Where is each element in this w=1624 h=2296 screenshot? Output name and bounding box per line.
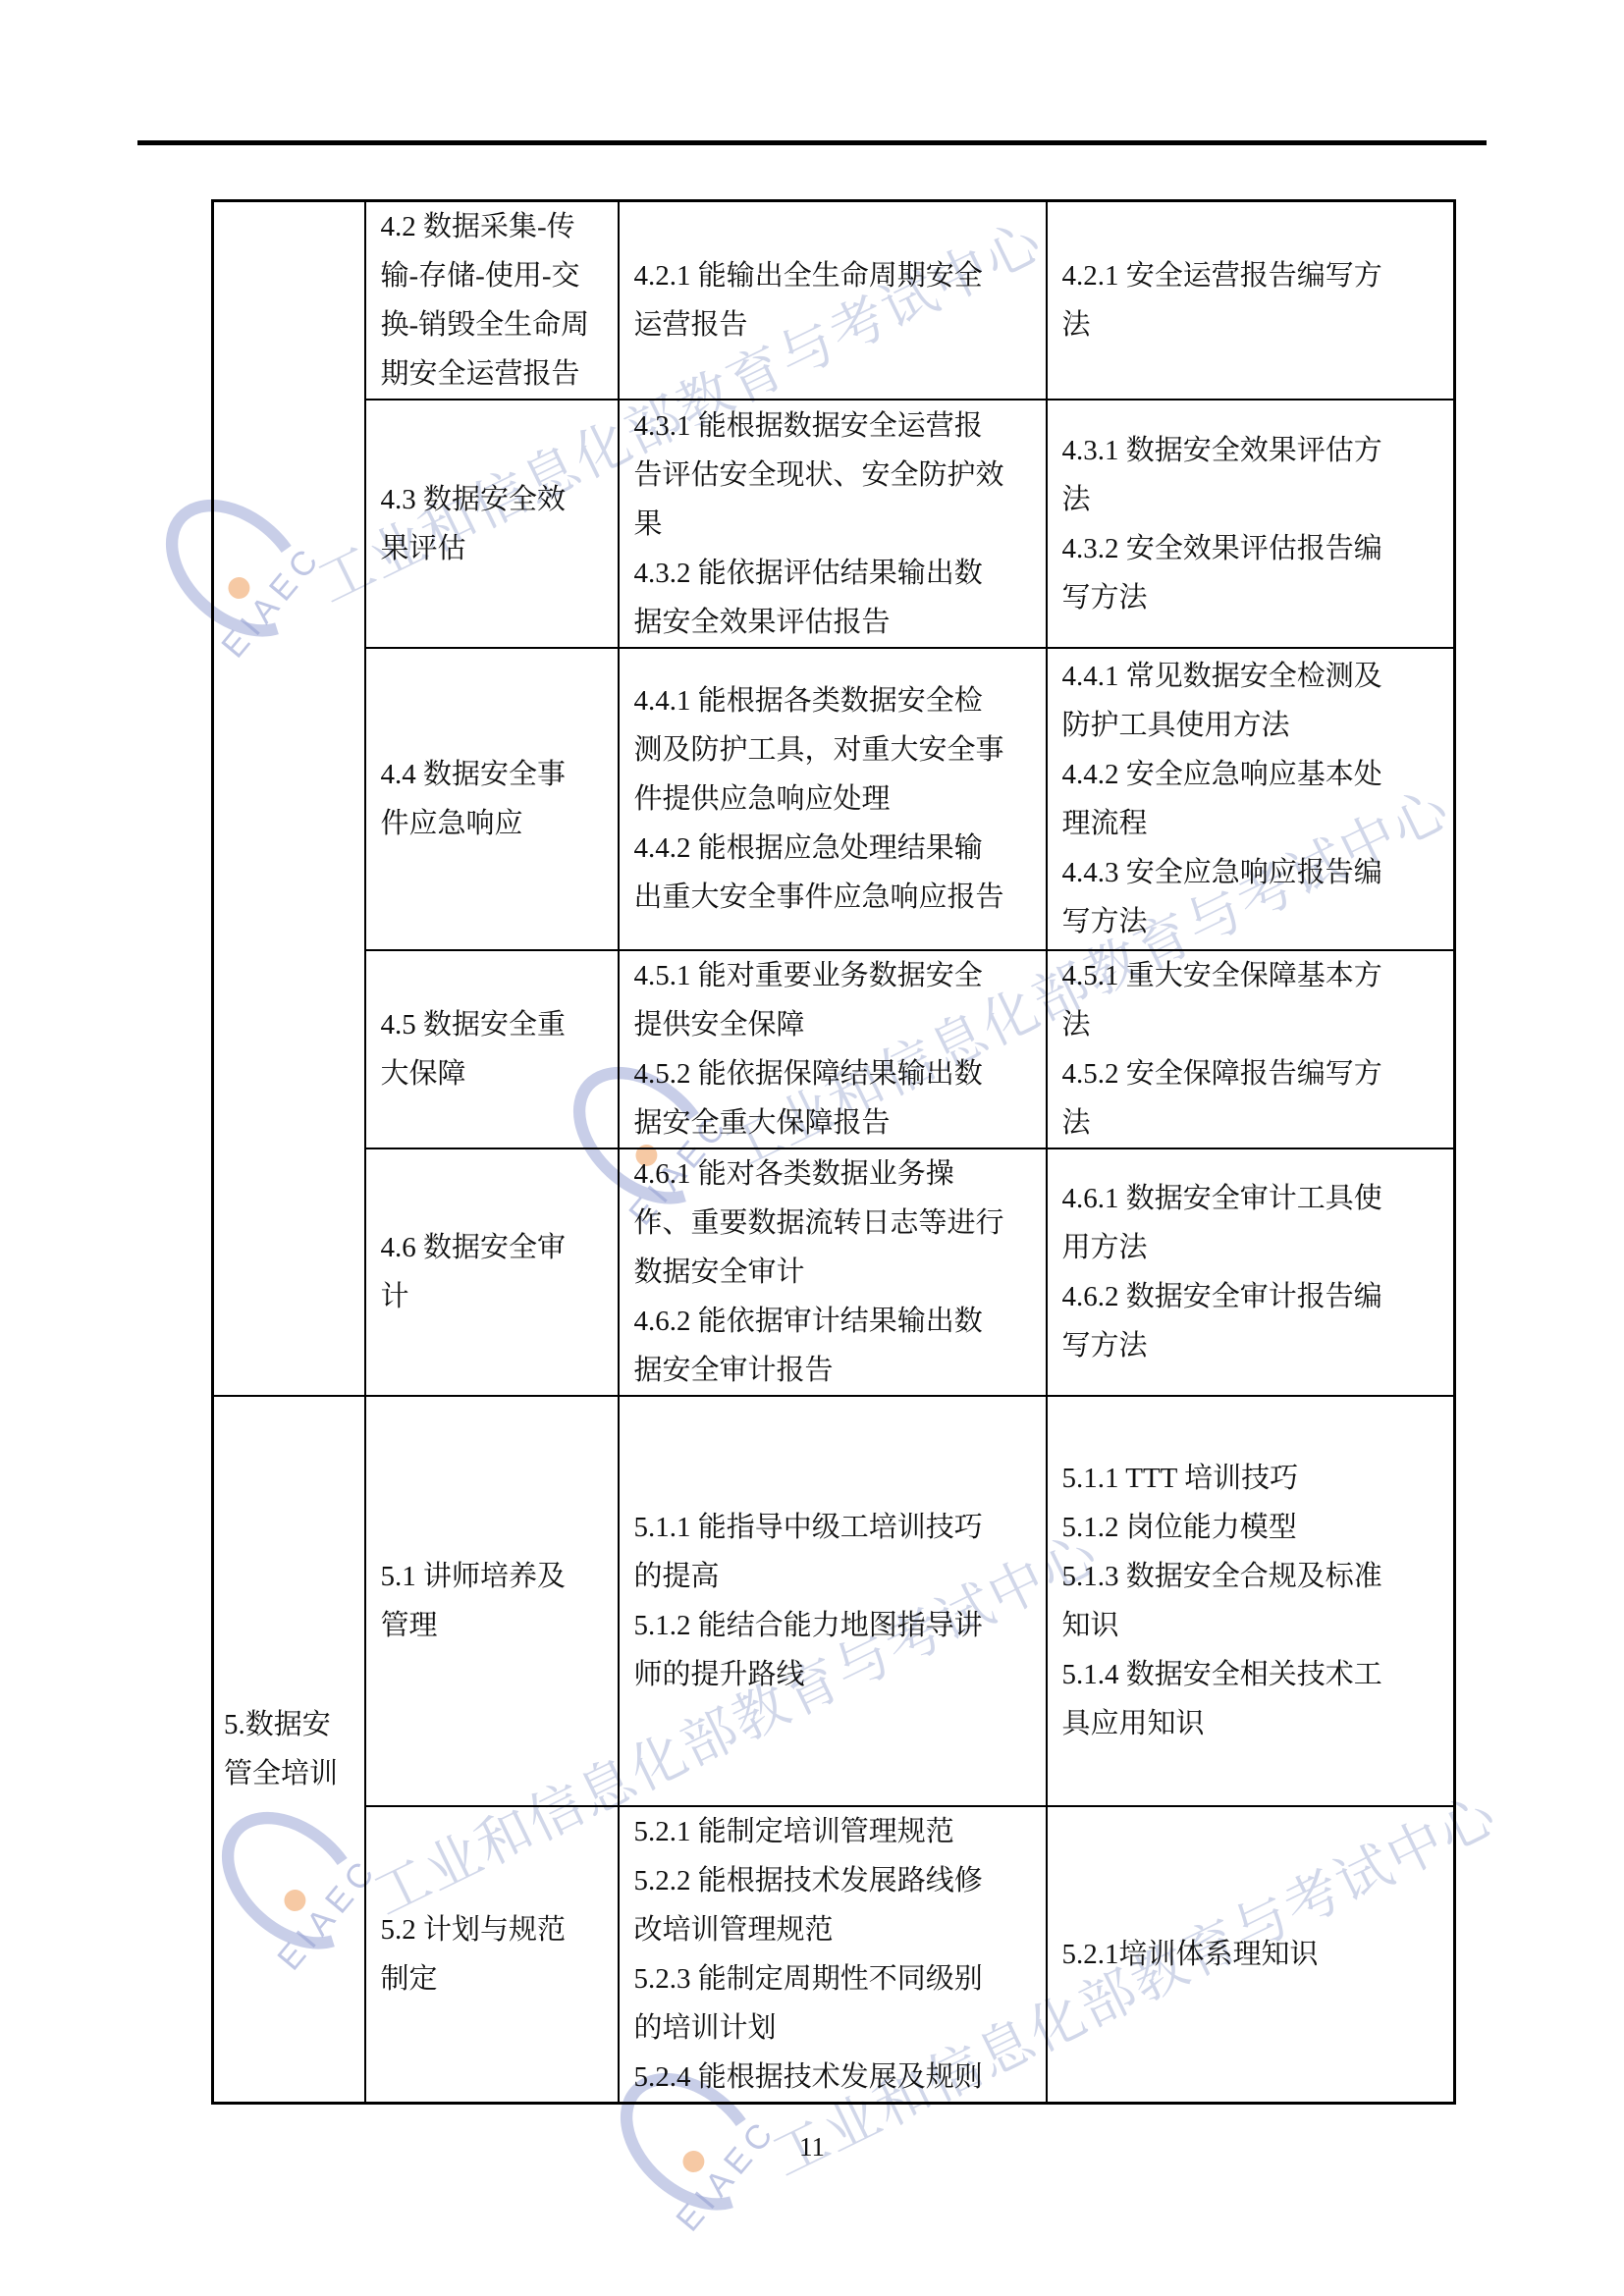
cell-knowledge-requirements: 4.5.1 重大安全保障基本方 法 4.5.2 安全保障报告编写方 法 — [1047, 950, 1455, 1148]
skill-text: 5.2.1 能制定培训管理规范 5.2.2 能根据技术发展路线修 改培训管理规范… — [634, 1807, 1031, 2102]
skill-text: 5.1.1 能指导中级工培训技巧 的提高 5.1.2 能结合能力地图指导讲 师的… — [634, 1503, 1031, 1699]
cell-work-task: 5.2 计划与规范 制定 — [365, 1806, 619, 2104]
skill-text: 4.5.1 能对重要业务数据安全 提供安全保障 4.5.2 能依据保障结果输出数… — [634, 951, 1031, 1148]
task-text: 4.4 数据安全事 件应急响应 — [381, 750, 603, 848]
cell-skill-requirements: 4.2.1 能输出全生命周期安全 运营报告 — [619, 201, 1047, 400]
header-rule — [137, 140, 1487, 145]
cell-category-section5: 5.数据安 管全培训 — [213, 1396, 365, 2104]
skill-text: 4.6.1 能对各类数据业务操 作、重要数据流转日志等进行 数据安全审计 4.6… — [634, 1149, 1031, 1395]
task-text: 5.1 讲师培养及 管理 — [381, 1552, 603, 1650]
knowledge-text: 5.2.1培训体系理知识 — [1062, 1930, 1439, 1979]
knowledge-text: 4.6.1 数据安全审计工具使 用方法 4.6.2 数据安全审计报告编 写方法 — [1062, 1174, 1439, 1370]
skill-text: 4.3.1 能根据数据安全运营报 告评估安全现状、安全防护效 果 4.3.2 能… — [634, 401, 1031, 647]
cell-skill-requirements: 4.6.1 能对各类数据业务操 作、重要数据流转日志等进行 数据安全审计 4.6… — [619, 1148, 1047, 1396]
requirements-table: 4.2 数据采集-传 输-存储-使用-交 换-销毁全生命周 期安全运营报告 4.… — [211, 199, 1456, 2105]
cell-work-task: 5.1 讲师培养及 管理 — [365, 1396, 619, 1806]
cell-skill-requirements: 5.2.1 能制定培训管理规范 5.2.2 能根据技术发展路线修 改培训管理规范… — [619, 1806, 1047, 2104]
table-row: 4.6 数据安全审 计 4.6.1 能对各类数据业务操 作、重要数据流转日志等进… — [213, 1148, 1455, 1396]
table-row: 4.2 数据采集-传 输-存储-使用-交 换-销毁全生命周 期安全运营报告 4.… — [213, 201, 1455, 400]
cell-skill-requirements: 5.1.1 能指导中级工培训技巧 的提高 5.1.2 能结合能力地图指导讲 师的… — [619, 1396, 1047, 1806]
cell-knowledge-requirements: 4.6.1 数据安全审计工具使 用方法 4.6.2 数据安全审计报告编 写方法 — [1047, 1148, 1455, 1396]
cell-work-task: 4.6 数据安全审 计 — [365, 1148, 619, 1396]
page-number: 11 — [0, 2132, 1624, 2163]
task-text: 4.5 数据安全重 大保障 — [381, 1000, 603, 1098]
cell-work-task: 4.4 数据安全事 件应急响应 — [365, 648, 619, 950]
knowledge-text: 5.1.1 TTT 培训技巧 5.1.2 岗位能力模型 5.1.3 数据安全合规… — [1062, 1454, 1439, 1748]
document-page: EIAEC 工业和信息化部教育与考试中心 EIAEC 工业和信息化部教育与考试中… — [0, 0, 1624, 2296]
svg-text:EIAEC: EIAEC — [670, 2111, 785, 2238]
cell-knowledge-requirements: 4.3.1 数据安全效果评估方 法 4.3.2 安全效果评估报告编 写方法 — [1047, 400, 1455, 648]
task-text: 5.2 计划与规范 制定 — [381, 1905, 603, 2003]
knowledge-text: 4.4.1 常见数据安全检测及 防护工具使用方法 4.4.2 安全应急响应基本处… — [1062, 652, 1439, 946]
task-text: 4.3 数据安全效 果评估 — [381, 475, 603, 573]
table-row: 4.3 数据安全效 果评估 4.3.1 能根据数据安全运营报 告评估安全现状、安… — [213, 400, 1455, 648]
task-text: 4.6 数据安全审 计 — [381, 1223, 603, 1321]
cell-knowledge-requirements: 5.2.1培训体系理知识 — [1047, 1806, 1455, 2104]
cell-skill-requirements: 4.4.1 能根据各类数据安全检 测及防护工具，对重大安全事 件提供应急响应处理… — [619, 648, 1047, 950]
table-row: 5.2 计划与规范 制定 5.2.1 能制定培训管理规范 5.2.2 能根据技术… — [213, 1806, 1455, 2104]
knowledge-text: 4.5.1 重大安全保障基本方 法 4.5.2 安全保障报告编写方 法 — [1062, 951, 1439, 1148]
cell-skill-requirements: 4.3.1 能根据数据安全运营报 告评估安全现状、安全防护效 果 4.3.2 能… — [619, 400, 1047, 648]
cell-knowledge-requirements: 5.1.1 TTT 培训技巧 5.1.2 岗位能力模型 5.1.3 数据安全合规… — [1047, 1396, 1455, 1806]
table-row: 4.5 数据安全重 大保障 4.5.1 能对重要业务数据安全 提供安全保障 4.… — [213, 950, 1455, 1148]
cell-skill-requirements: 4.5.1 能对重要业务数据安全 提供安全保障 4.5.2 能依据保障结果输出数… — [619, 950, 1047, 1148]
skill-text: 4.4.1 能根据各类数据安全检 测及防护工具，对重大安全事 件提供应急响应处理… — [634, 676, 1031, 922]
cell-work-task: 4.5 数据安全重 大保障 — [365, 950, 619, 1148]
table-row: 4.4 数据安全事 件应急响应 4.4.1 能根据各类数据安全检 测及防护工具，… — [213, 648, 1455, 950]
cell-work-task: 4.2 数据采集-传 输-存储-使用-交 换-销毁全生命周 期安全运营报告 — [365, 201, 619, 400]
cell-work-task: 4.3 数据安全效 果评估 — [365, 400, 619, 648]
knowledge-text: 4.2.1 安全运营报告编写方 法 — [1062, 251, 1439, 349]
knowledge-text: 4.3.1 数据安全效果评估方 法 4.3.2 安全效果评估报告编 写方法 — [1062, 426, 1439, 622]
cell-knowledge-requirements: 4.4.1 常见数据安全检测及 防护工具使用方法 4.4.2 安全应急响应基本处… — [1047, 648, 1455, 950]
category-label: 5.数据安 管全培训 — [224, 1700, 354, 1798]
cell-knowledge-requirements: 4.2.1 安全运营报告编写方 法 — [1047, 201, 1455, 400]
cell-category-section4 — [213, 201, 365, 1397]
skill-text: 4.2.1 能输出全生命周期安全 运营报告 — [634, 251, 1031, 349]
table-row: 5.数据安 管全培训 5.1 讲师培养及 管理 5.1.1 能指导中级工培训技巧… — [213, 1396, 1455, 1806]
task-text: 4.2 数据采集-传 输-存储-使用-交 换-销毁全生命周 期安全运营报告 — [381, 202, 603, 399]
